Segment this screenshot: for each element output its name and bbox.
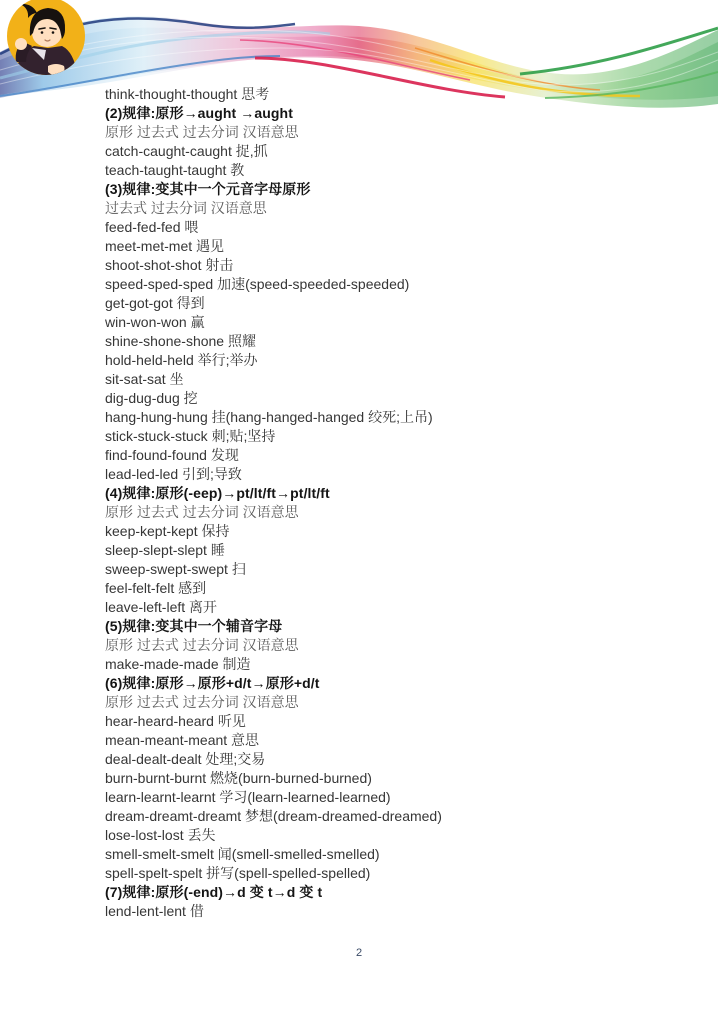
verb-entry-line: speed-sped-sped 加速(speed-speeded-speeded… bbox=[105, 275, 625, 294]
column-header-line: 原形 过去式 过去分词 汉语意思 bbox=[105, 123, 625, 142]
avatar bbox=[4, 0, 88, 80]
verb-entry-line: sleep-slept-slept 睡 bbox=[105, 541, 625, 560]
page-number: 2 bbox=[0, 947, 718, 959]
verb-entry-line: lose-lost-lost 丢失 bbox=[105, 826, 625, 845]
verb-entry-line: make-made-made 制造 bbox=[105, 655, 625, 674]
verb-entry-line: shine-shone-shone 照耀 bbox=[105, 332, 625, 351]
verb-entry-line: hear-heard-heard 听见 bbox=[105, 712, 625, 731]
verb-entry-line: get-got-got 得到 bbox=[105, 294, 625, 313]
verb-entry-line: sit-sat-sat 坐 bbox=[105, 370, 625, 389]
verb-entry-line: catch-caught-caught 捉,抓 bbox=[105, 142, 625, 161]
rule-heading-line: (6)规律:原形→原形+d/t→原形+d/t bbox=[105, 674, 625, 693]
verb-entry-line: teach-taught-taught 教 bbox=[105, 161, 625, 180]
document-body: think-thought-thought 思考(2)规律:原形→aught →… bbox=[105, 85, 625, 921]
verb-entry-line: hold-held-held 举行;举办 bbox=[105, 351, 625, 370]
verb-entry-line: burn-burnt-burnt 燃烧(burn-burned-burned) bbox=[105, 769, 625, 788]
verb-entry-line: win-won-won 赢 bbox=[105, 313, 625, 332]
rule-heading-line: (7)规律:原形(-end)→d 变 t→d 变 t bbox=[105, 883, 625, 902]
rule-heading-line: (2)规律:原形→aught →aught bbox=[105, 104, 625, 123]
column-header-line: 原形 过去式 过去分词 汉语意思 bbox=[105, 503, 625, 522]
verb-entry-line: stick-stuck-stuck 刺;贴;坚持 bbox=[105, 427, 625, 446]
verb-entry-line: hang-hung-hung 挂(hang-hanged-hanged 绞死;上… bbox=[105, 408, 625, 427]
verb-entry-line: dream-dreamt-dreamt 梦想(dream-dreamed-dre… bbox=[105, 807, 625, 826]
verb-entry-line: mean-meant-meant 意思 bbox=[105, 731, 625, 750]
rule-heading-line: (4)规律:原形(-eep)→pt/lt/ft→pt/lt/ft bbox=[105, 484, 625, 503]
document-page: think-thought-thought 思考(2)规律:原形→aught →… bbox=[0, 0, 718, 1024]
column-header-line: 过去式 过去分词 汉语意思 bbox=[105, 199, 625, 218]
rule-heading-line: (3)规律:变其中一个元音字母原形 bbox=[105, 180, 625, 199]
verb-entry-line: feel-felt-felt 感到 bbox=[105, 579, 625, 598]
verb-entry-line: shoot-shot-shot 射击 bbox=[105, 256, 625, 275]
column-header-line: 原形 过去式 过去分词 汉语意思 bbox=[105, 636, 625, 655]
verb-entry-line: learn-learnt-learnt 学习(learn-learned-lea… bbox=[105, 788, 625, 807]
column-header-line: 原形 过去式 过去分词 汉语意思 bbox=[105, 693, 625, 712]
verb-entry-line: dig-dug-dug 挖 bbox=[105, 389, 625, 408]
verb-entry-line: lead-led-led 引到;导致 bbox=[105, 465, 625, 484]
verb-entry-line: deal-dealt-dealt 处理;交易 bbox=[105, 750, 625, 769]
verb-entry-line: smell-smelt-smelt 闻(smell-smelled-smelle… bbox=[105, 845, 625, 864]
verb-entry-line: leave-left-left 离开 bbox=[105, 598, 625, 617]
verb-entry-line: keep-kept-kept 保持 bbox=[105, 522, 625, 541]
verb-entry-line: feed-fed-fed 喂 bbox=[105, 218, 625, 237]
verb-entry-line: spell-spelt-spelt 拼写(spell-spelled-spell… bbox=[105, 864, 625, 883]
rule-heading-line: (5)规律:变其中一个辅音字母 bbox=[105, 617, 625, 636]
verb-entry-line: lend-lent-lent 借 bbox=[105, 902, 625, 921]
verb-entry-line: meet-met-met 遇见 bbox=[105, 237, 625, 256]
verb-entry-line: find-found-found 发现 bbox=[105, 446, 625, 465]
verb-entry-line: sweep-swept-swept 扫 bbox=[105, 560, 625, 579]
verb-entry-line: think-thought-thought 思考 bbox=[105, 85, 625, 104]
